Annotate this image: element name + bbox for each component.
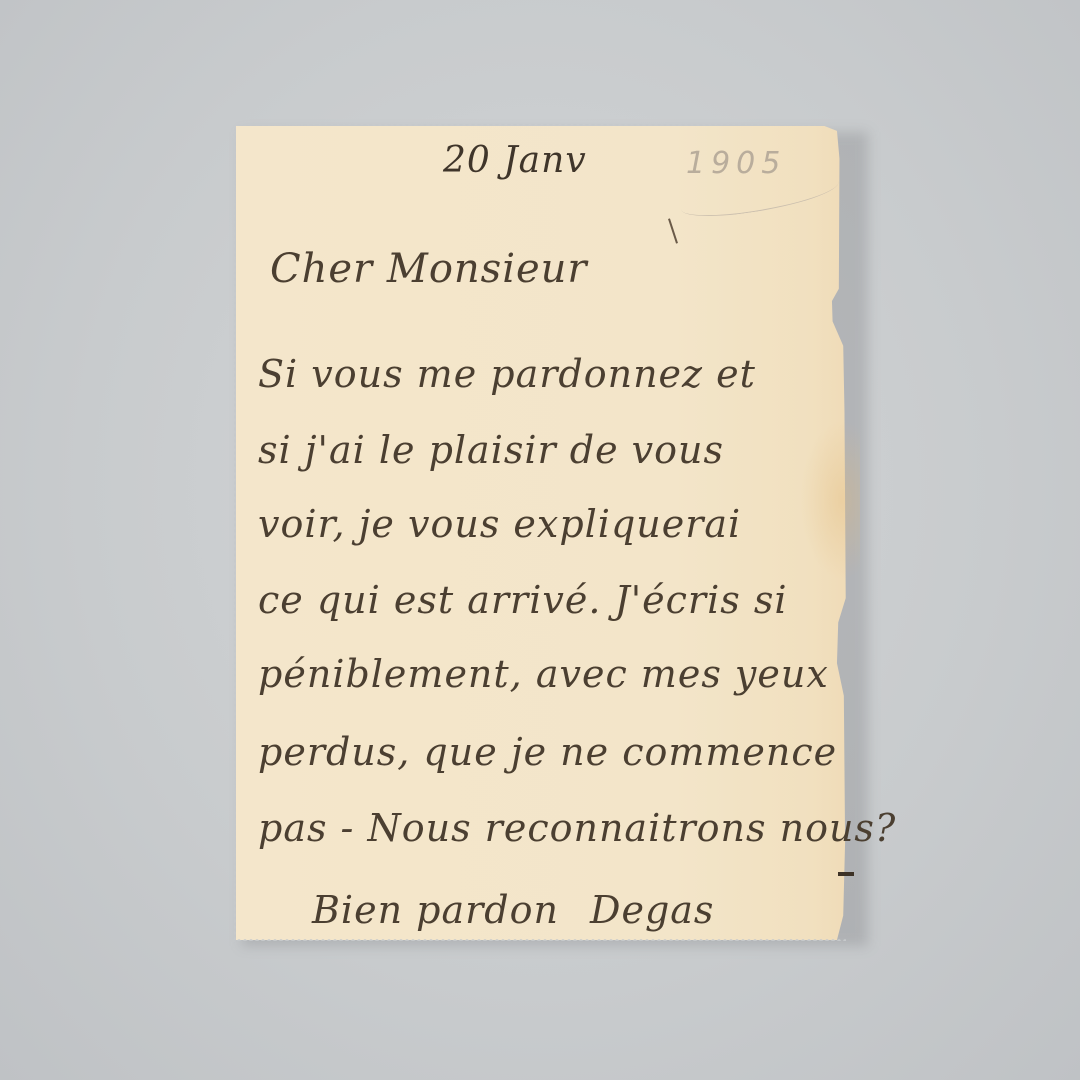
- letter-date: 20 Janv: [443, 140, 587, 181]
- year-pencil-annotation: 1905: [686, 146, 786, 181]
- letter-line: ce qui est arrivé. J'écris si: [258, 578, 787, 622]
- paper-stain: [800, 420, 860, 580]
- ink-dash: [838, 872, 854, 876]
- letter-signature: Degas: [590, 888, 714, 932]
- letter-line: voir, je vous expliquerai: [258, 502, 741, 546]
- letter-greeting: Cher Monsieur: [270, 246, 588, 292]
- letter-line: pas - Nous reconnaitrons nous?: [258, 806, 896, 850]
- letter-line: péniblement, avec mes yeux: [258, 652, 829, 696]
- letter-line: si j'ai le plaisir de vous: [258, 428, 724, 472]
- letter-line: perdus, que je ne commence: [258, 730, 837, 774]
- letter-line: Si vous me pardonnez et: [258, 352, 756, 396]
- letter-closing: Bien pardon: [312, 888, 559, 932]
